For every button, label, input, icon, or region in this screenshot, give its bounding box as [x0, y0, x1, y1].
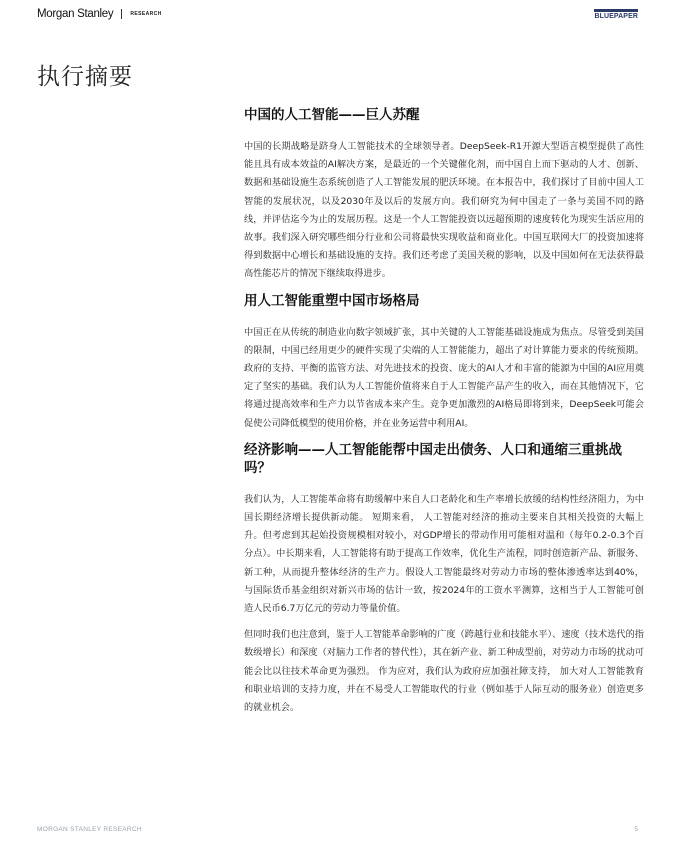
section-heading: 用人工智能重塑中国市场格局 [244, 292, 644, 310]
brand-logo: Morgan Stanley RESEARCH [37, 8, 162, 20]
series-badge: BLUEPAPER [594, 9, 638, 21]
main-content: 中国的人工智能——巨人苏醒 中国的长期战略是跻身人工智能技术的全球领导者。Dee… [244, 106, 644, 725]
section-heading: 经济影响——人工智能能帮中国走出债务、人口和通缩三重挑战吗？ [244, 441, 644, 477]
page-header: Morgan Stanley RESEARCH BLUEPAPER [37, 6, 638, 22]
section-paragraph: 中国正在从传统的制造业向数字领域扩张，其中关键的人工智能基础设施成为焦点。尽管受… [244, 324, 644, 433]
section-reshape-market: 用人工智能重塑中国市场格局 中国正在从传统的制造业向数字领域扩张，其中关键的人工… [244, 292, 644, 433]
section-heading: 中国的人工智能——巨人苏醒 [244, 106, 644, 124]
page-title: 执行摘要 [37, 58, 133, 91]
section-ai-giant-awakens: 中国的人工智能——巨人苏醒 中国的长期战略是跻身人工智能技术的全球领导者。Dee… [244, 106, 644, 284]
page-footer: MORGAN STANLEY RESEARCH 5 [37, 826, 638, 833]
section-economic-impact: 经济影响——人工智能能帮中国走出债务、人口和通缩三重挑战吗？ 我们认为，人工智能… [244, 441, 644, 717]
brand-divider [121, 9, 122, 19]
footer-label: MORGAN STANLEY RESEARCH [37, 826, 142, 833]
section-paragraph: 中国的长期战略是跻身人工智能技术的全球领导者。DeepSeek-R1开源大型语言… [244, 138, 644, 284]
brand-section: RESEARCH [130, 11, 161, 17]
page-number: 5 [634, 826, 638, 833]
series-badge-label: BLUEPAPER [594, 13, 638, 21]
series-badge-bar [594, 9, 638, 12]
section-paragraph: 但同时我们也注意到，鉴于人工智能革命影响的广度（跨越行业和技能水平）、速度（技术… [244, 626, 644, 717]
section-paragraph: 我们认为，人工智能革命将有助缓解中来自人口老龄化和生产率增长放缓的结构性经济阻力… [244, 491, 644, 618]
brand-name: Morgan Stanley [37, 8, 113, 20]
